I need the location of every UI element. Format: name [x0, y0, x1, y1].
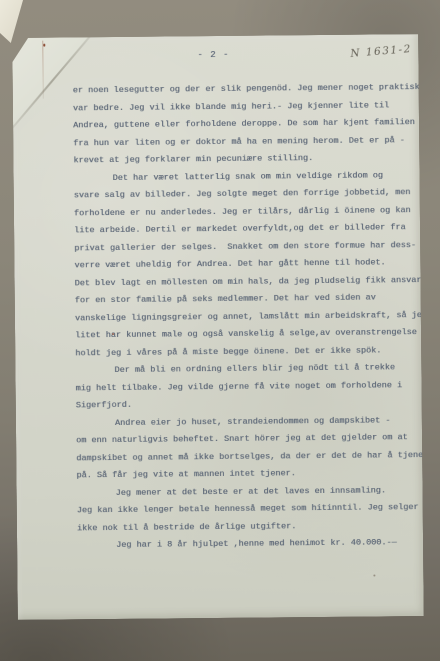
- paper-speck: [112, 333, 114, 335]
- archive-reference-handwritten: N 1631-2: [350, 43, 412, 60]
- typed-line: fra hun var liten og er doktor må ha en …: [73, 132, 417, 153]
- typed-line: dampskibet og annet må ikke bortselges, …: [76, 447, 420, 468]
- typed-line: Jeg kan ikke lenger betale hennesså mege…: [77, 499, 421, 520]
- document-page: - 2 - N 1631-2 er noen lesegutter og der…: [12, 34, 424, 620]
- typed-line: Jeg har i 8 år hjulpet ,henne med henimo…: [77, 534, 421, 555]
- paper-speck: [43, 44, 45, 47]
- page-number: - 2 -: [197, 50, 229, 60]
- typed-lines: er noen lesegutter og der er slik pengen…: [73, 79, 422, 555]
- paper-speck: [373, 575, 375, 577]
- typed-line: mig helt tilbake. Jeg vilde gjerne få vi…: [76, 377, 420, 398]
- scanner-background: - 2 - N 1631-2 er noen lesegutter og der…: [0, 0, 440, 661]
